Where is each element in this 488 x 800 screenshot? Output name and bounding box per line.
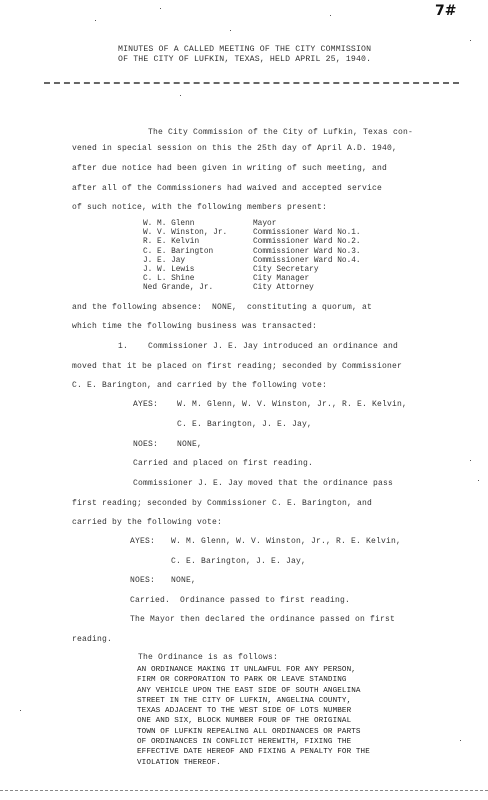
member-name: J. W. Lewis	[143, 266, 253, 275]
ordinance-caption: AN ORDINANCE MAKING IT UNLAWFUL FOR ANY …	[137, 665, 370, 768]
member-row: R. E. KelvinCommissioner Ward No.2.	[143, 238, 361, 247]
ordinance-line: FIRM OR CORPORATION TO PARK OR LEAVE STA…	[137, 675, 370, 685]
member-name: Ned Grande, Jr.	[143, 284, 253, 293]
member-title: Commissioner Ward No.2.	[253, 238, 361, 247]
noes-value: NONE,	[177, 440, 202, 449]
member-title: City Manager	[253, 275, 309, 284]
scan-speck	[470, 40, 471, 41]
ordinance-line: EFFECTIVE DATE HEREOF AND FIXING A PENAL…	[137, 747, 370, 757]
member-name: R. E. Kelvin	[143, 238, 253, 247]
ayes-label: AYES:	[133, 400, 158, 409]
footer-scan-edge	[0, 790, 488, 791]
member-name: J. E. Jay	[143, 257, 253, 266]
member-row: C. E. BaringtonCommissioner Ward No.3.	[143, 248, 361, 257]
member-row: J. E. JayCommissioner Ward No.4.	[143, 257, 361, 266]
scanned-document-page: 7# MINUTES OF A CALLED MEETING OF THE CI…	[0, 0, 488, 800]
member-name: W. M. Glenn	[143, 220, 253, 229]
scan-speck	[160, 8, 161, 9]
ayes-label: AYES:	[130, 537, 155, 546]
motion-line: Commissioner J. E. Jay introduced an ord…	[148, 342, 398, 351]
member-row: J. W. LewisCity Secretary	[143, 266, 361, 275]
member-title: City Secretary	[253, 266, 319, 275]
intro-line: vened in special session on this the 25t…	[72, 144, 397, 153]
ayes-names: W. M. Glenn, W. V. Winston, Jr., R. E. K…	[177, 400, 407, 409]
intro-line: after all of the Commissioners had waive…	[72, 184, 382, 193]
ordinance-line: TOWN OF LUFKIN REPEALING ALL ORDINANCES …	[137, 727, 370, 737]
scan-speck	[460, 740, 461, 741]
scan-speck	[478, 480, 479, 481]
scan-speck	[470, 460, 471, 461]
ordinance-line: TEXAS ADJACENT TO THE WEST SIDE OF LOTS …	[137, 706, 370, 716]
scan-speck	[20, 710, 21, 711]
member-row: W. M. GlennMayor	[143, 220, 361, 229]
ordinance-line: ANY VEHICLE UPON THE EAST SIDE OF SOUTH …	[137, 686, 370, 696]
scan-speck	[230, 30, 231, 31]
absence-line: which time the following business was tr…	[72, 322, 317, 331]
motion-line: moved that it be placed on first reading…	[72, 362, 402, 371]
title-divider	[44, 82, 459, 84]
scan-speck	[180, 95, 181, 96]
member-title: Commissioner Ward No.3.	[253, 248, 361, 257]
member-title: Commissioner Ward No.4.	[253, 257, 361, 266]
motion-line: first reading; seconded by Commissioner …	[72, 499, 372, 508]
noes-label: NOES:	[130, 576, 155, 585]
ayes-names: C. E. Barington, J. E. Jay,	[177, 420, 312, 429]
member-title: City Attorney	[253, 284, 314, 293]
members-present-list: W. M. GlennMayor W. V. Winston, Jr.Commi…	[143, 220, 361, 294]
member-name: C. L. Shine	[143, 275, 253, 284]
title-line: MINUTES OF A CALLED MEETING OF THE CITY …	[118, 45, 418, 55]
member-name: W. V. Winston, Jr.	[143, 229, 253, 238]
item-number: 1.	[118, 342, 128, 351]
scan-speck	[95, 20, 96, 21]
ordinance-line: AN ORDINANCE MAKING IT UNLAWFUL FOR ANY …	[137, 665, 370, 675]
member-row: W. V. Winston, Jr.Commissioner Ward No.1…	[143, 229, 361, 238]
member-title: Commissioner Ward No.1.	[253, 229, 361, 238]
intro-line: after due notice had been given in writi…	[72, 164, 387, 173]
motion-line: Commissioner J. E. Jay moved that the or…	[133, 479, 393, 488]
ayes-names: W. M. Glenn, W. V. Winston, Jr., R. E. K…	[171, 537, 401, 546]
title-line: OF THE CITY OF LUFKIN, TEXAS, HELD APRIL…	[118, 55, 418, 65]
member-row: Ned Grande, Jr.City Attorney	[143, 284, 361, 293]
ordinance-line: STREET IN THE CITY OF LUFKIN, ANGELINA C…	[137, 696, 370, 706]
intro-line: of such notice, with the following membe…	[72, 203, 327, 212]
intro-line: The City Commission of the City of Lufki…	[148, 128, 413, 137]
ordinance-line: ONE AND SIX, BLOCK NUMBER FOUR OF THE OR…	[137, 716, 370, 726]
motion-line: carried by the following vote:	[72, 518, 222, 527]
ordinance-intro: The Ordinance is as follows:	[138, 653, 278, 662]
scan-speck	[330, 15, 331, 16]
ayes-names: C. E. Barington, J. E. Jay,	[171, 557, 306, 566]
member-title: Mayor	[253, 220, 276, 229]
page-number: 7#	[435, 3, 456, 19]
motion-line: C. E. Barington, and carried by the foll…	[72, 381, 327, 390]
ordinance-line: VIOLATION THEREOF.	[137, 758, 370, 768]
declared-line: reading.	[72, 635, 112, 644]
member-row: C. L. ShineCity Manager	[143, 275, 361, 284]
carried-line: Carried. Ordinance passed to first readi…	[130, 596, 350, 605]
declared-line: The Mayor then declared the ordinance pa…	[130, 615, 395, 624]
absence-line: and the following absence: NONE, constit…	[72, 303, 372, 312]
member-name: C. E. Barington	[143, 248, 253, 257]
noes-value: NONE,	[171, 576, 196, 585]
ordinance-line: OF ORDINANCES IN CONFLICT HEREWITH, FIXI…	[137, 737, 370, 747]
carried-line: Carried and placed on first reading.	[133, 459, 313, 468]
noes-label: NOES:	[133, 440, 158, 449]
document-title: MINUTES OF A CALLED MEETING OF THE CITY …	[118, 45, 418, 65]
